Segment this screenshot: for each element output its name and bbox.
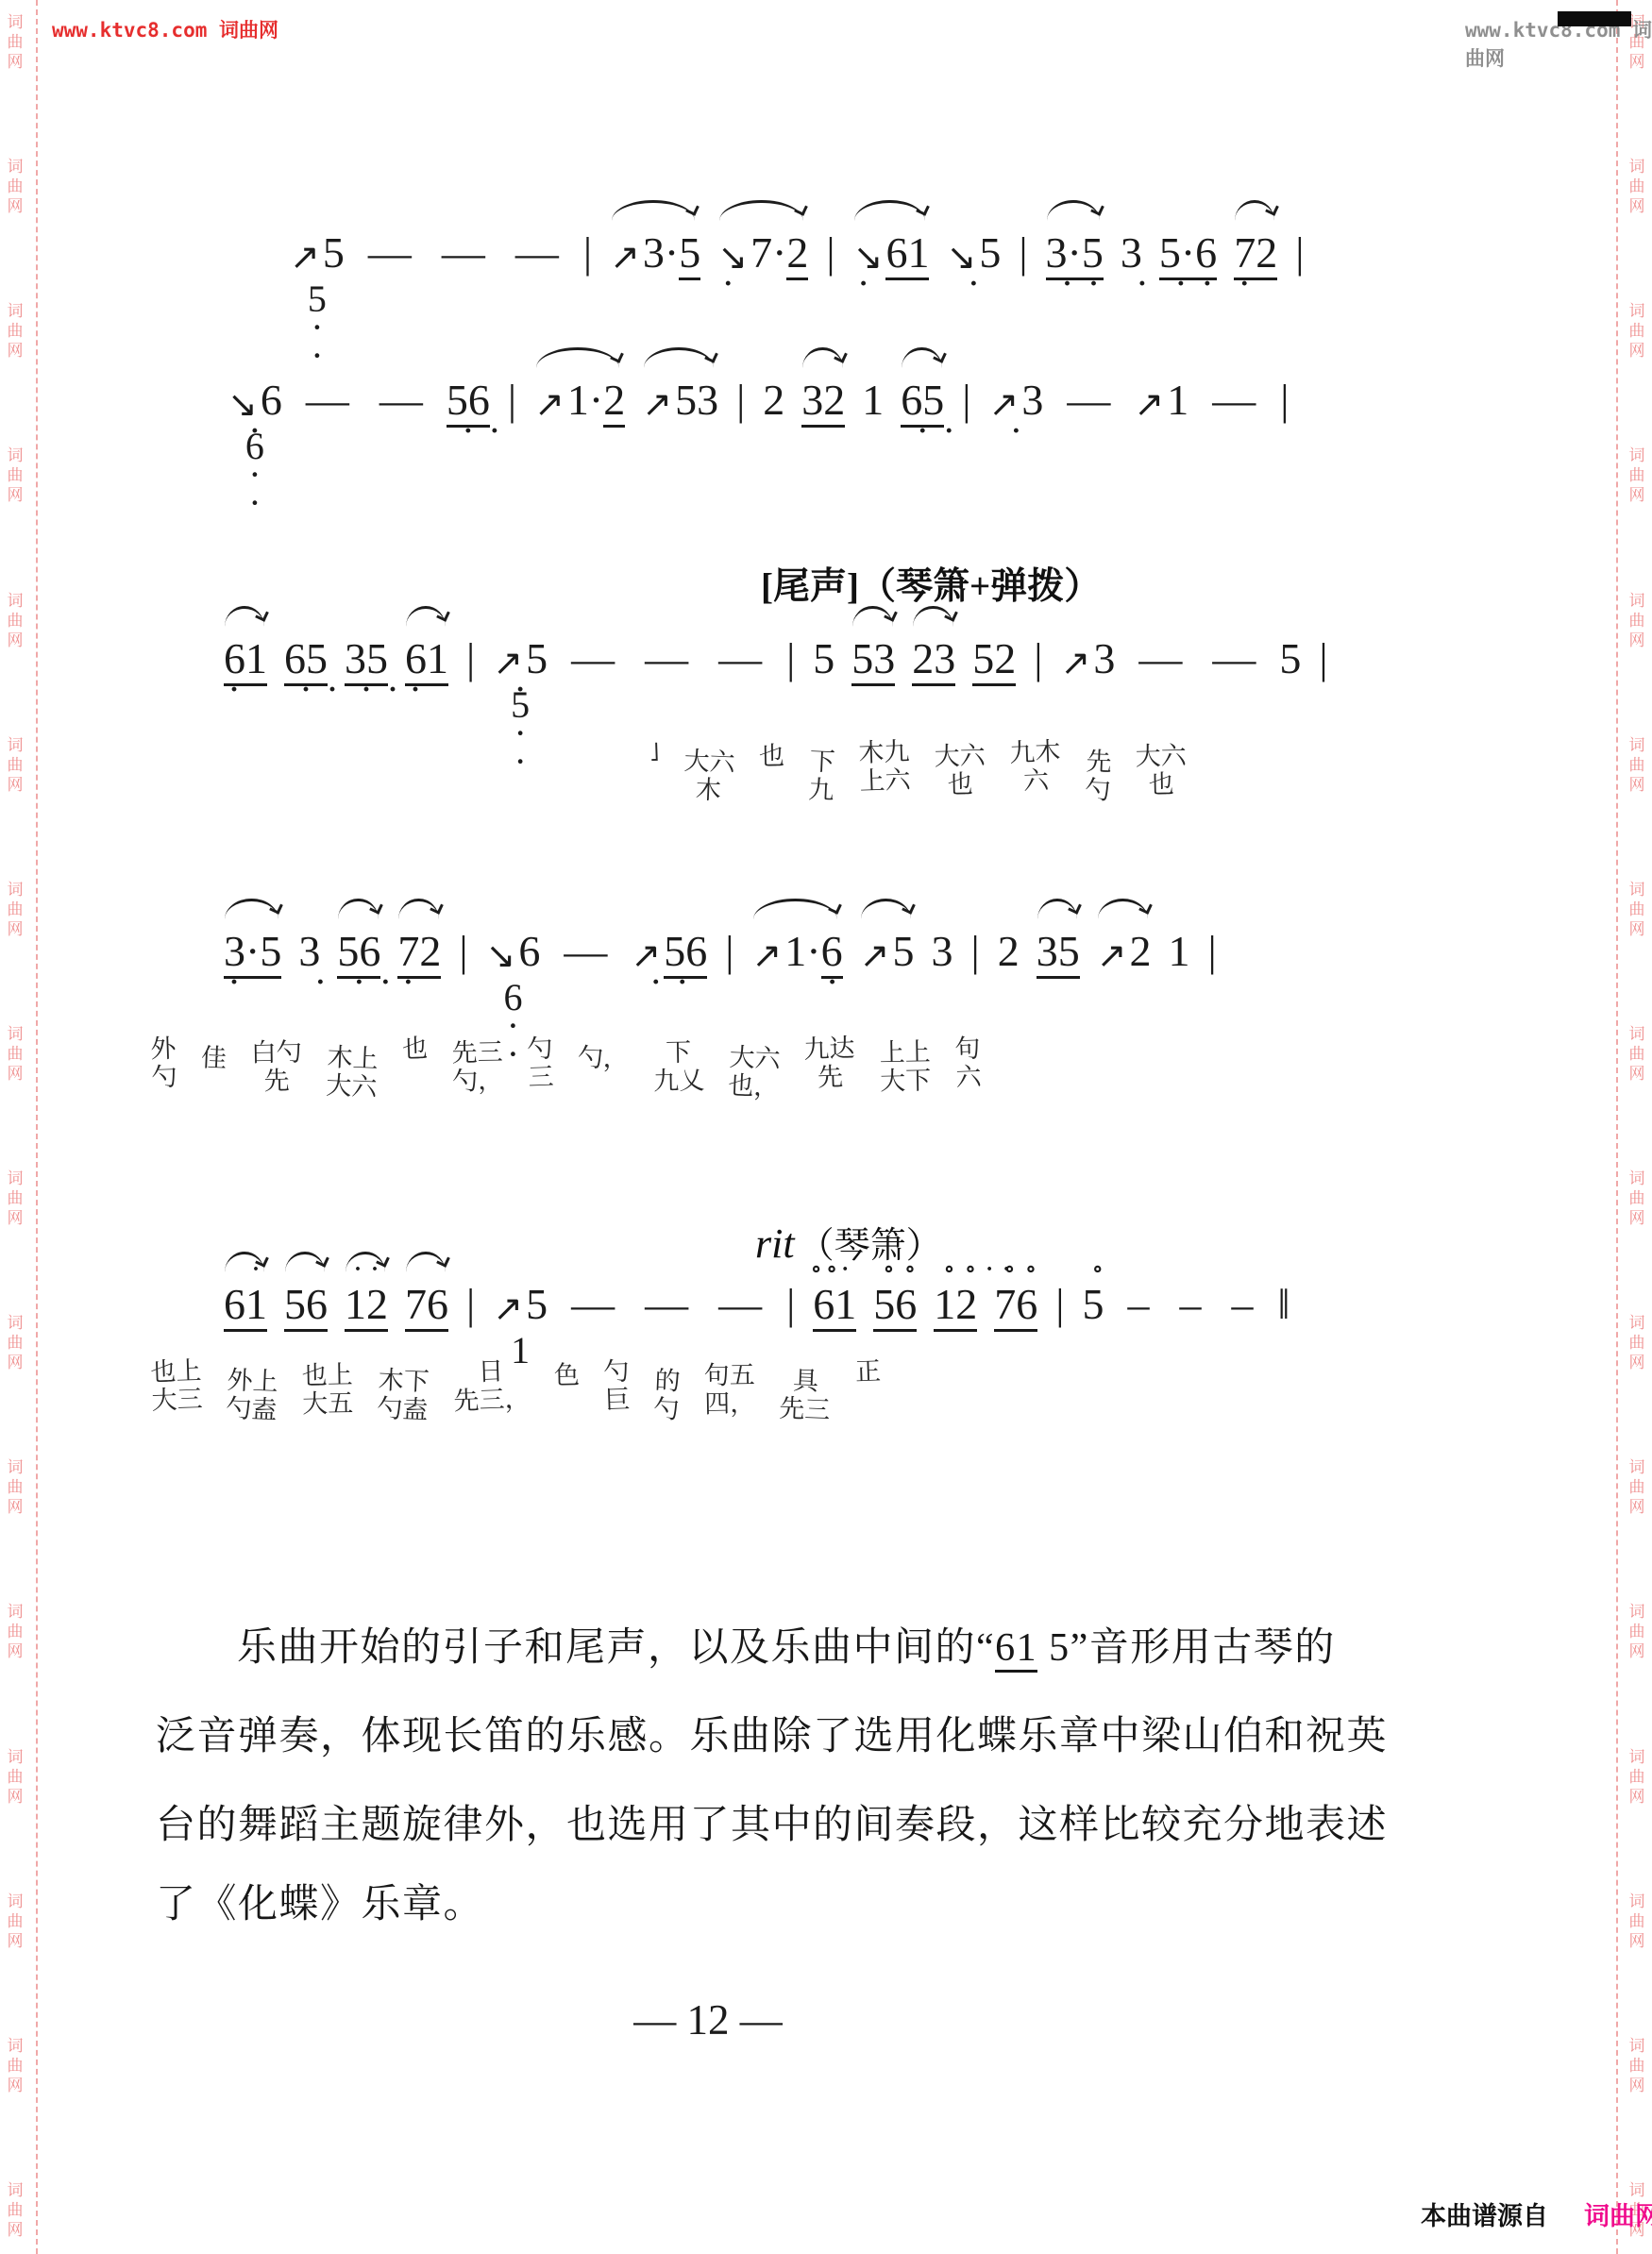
harmonic-circle-mark: ∘ (1083, 1261, 1104, 1278)
note-token: ↗1·2 (534, 376, 625, 427)
guqin-tablature-glyph: 上上 大下 (879, 1038, 931, 1096)
barline: | (1319, 634, 1327, 683)
octave-dot-below: · (298, 976, 320, 989)
duration-dash: — (645, 1280, 688, 1329)
note-token: 72· (1234, 228, 1277, 278)
glissando-up-icon: ↗ (631, 934, 661, 976)
note-token: 2 (763, 376, 784, 425)
slur-arc-icon (406, 606, 446, 627)
note-token: 1 (862, 376, 884, 425)
edge-watermark-text: 词 曲 网 (8, 592, 24, 651)
top-left-watermark: www.ktvc8.com 词曲网 (52, 15, 278, 43)
duration-dash: – (1232, 1280, 1254, 1329)
note-token: 56·· (447, 376, 490, 425)
right-dashed-border (1616, 0, 1618, 2254)
note-token: ↘7·2· (717, 228, 808, 279)
note-token: 3·5· (224, 927, 281, 976)
note-token: 2 (998, 927, 1020, 976)
edge-watermark-text: 词 曲 网 (1629, 1458, 1645, 1518)
guqin-tablature-glyph: 白勺 先 (250, 1038, 302, 1096)
slur-arc-icon (225, 1252, 264, 1272)
note-token: ↗5·5 · · (493, 634, 548, 685)
glissando-up-icon: ↗ (751, 934, 782, 976)
underlined-notes: 61 (995, 1626, 1037, 1673)
ritardando-label: rit（琴箫） (755, 1216, 942, 1268)
guqin-tablature-glyph: 正 (854, 1357, 881, 1387)
guqin-tablature-glyph: 木下 勺盍 (377, 1366, 430, 1424)
guqin-tablature-glyph: 先三 勺， (451, 1038, 503, 1096)
guqin-tablature-glyph: 木九 上六 (858, 737, 911, 796)
redaction-bar (1558, 11, 1631, 26)
string-number-below: 5 · · (511, 691, 530, 776)
barline: ‖ (1278, 1280, 1290, 1329)
slur-arc-icon (536, 347, 619, 368)
note-token: 35·· (345, 634, 388, 683)
glissando-up-icon: ↗ (642, 383, 672, 425)
guqin-tablature-row-2: 外 勺佳白勺 先木上 大六也先三 勺，勺 三勺，下 九乂大六 也，九达 先上上 … (151, 1034, 1005, 1101)
guqin-tablature-glyph: 日 先三， (452, 1356, 531, 1416)
slur-arc-icon (406, 1252, 446, 1272)
glissando-up-icon: ↗ (493, 1287, 523, 1329)
slur-arc-icon (346, 1252, 385, 1272)
slur-arc-icon (225, 899, 278, 919)
source-prefix: 本曲谱源自 (1421, 2202, 1548, 2230)
edge-watermark-text: 词 曲 网 (8, 736, 24, 796)
duration-dash: — (306, 376, 349, 425)
edge-watermark-text: 词 曲 网 (8, 1458, 24, 1518)
guqin-tablature-glyph: 大六 也 (1136, 742, 1188, 799)
guqin-tablature-glyph: 勺 巨 (603, 1357, 631, 1415)
barline: | (1280, 376, 1289, 425)
guqin-tablature-glyph: 九木 六 (1009, 737, 1062, 796)
coda-section-label: [尾声]（琴箫+弹拨） (761, 557, 1101, 610)
note-token: ↗55 · · (290, 228, 345, 279)
guqin-tablature-glyph: 大六 木 (683, 747, 736, 805)
duration-dash: — (379, 376, 423, 425)
guqin-tablature-glyph: 勺， (577, 1043, 629, 1073)
edge-watermark-text: 词 曲 网 (8, 2037, 24, 2096)
edge-watermark-text: 词 曲 网 (1629, 158, 1645, 217)
note-token: ↘5· (946, 228, 1001, 279)
guqin-tablature-glyph: 也上 大三 (150, 1356, 203, 1415)
note-token: 61· (224, 634, 267, 683)
guqin-tablature-glyph: 句五 四， (703, 1361, 755, 1419)
guqin-tablature-glyph: 具 先三 (779, 1366, 833, 1424)
paragraph-line-1: 乐曲开始的引子和尾声，以及乐曲中间的“61 5”音形用古琴的 (156, 1616, 1511, 1673)
note-token: ↗2 (1097, 927, 1152, 978)
glissando-up-icon: ↗ (989, 383, 1020, 425)
note-token: 61· (405, 634, 448, 683)
barline: | (786, 634, 795, 683)
note-token: ↗1·6· (751, 927, 842, 978)
edge-watermark-text: 词 曲 网 (1629, 446, 1645, 506)
note-token: ↗3· (989, 376, 1044, 427)
note-token: ↗56·· (631, 927, 707, 978)
rit-text: rit (755, 1220, 795, 1267)
music-line-5: 61·5612··76|↗51———|61∘∘·56∘∘12∘∘··76∘∘|5… (215, 1280, 1299, 1331)
note-token: 3 (931, 927, 952, 976)
glissando-up-icon: ↗ (493, 642, 523, 683)
guqin-tablature-glyph: 外 勺 (150, 1034, 177, 1092)
guqin-tablature-glyph: 先 勺 (1085, 747, 1113, 804)
string-number-below: 5 · · (308, 285, 327, 370)
note-token: 23 (912, 634, 955, 683)
duration-dash: — (645, 634, 688, 683)
guqin-tablature-glyph: 大六 也， (728, 1043, 782, 1102)
note-token: 3· (298, 927, 320, 976)
glissando-down-icon: ↘ (717, 236, 748, 278)
note-token: 12·· (345, 1280, 388, 1329)
page-number: — 12 — (566, 1995, 850, 2044)
note-token: 56∘∘ (873, 1280, 917, 1329)
duration-dash: — (368, 228, 412, 278)
edge-watermark-text: 词 曲 网 (1629, 1025, 1645, 1085)
slur-arc-icon (861, 899, 911, 919)
octave-dot-below: · (946, 278, 1001, 291)
note-token: 3· (1121, 228, 1142, 278)
barline: | (466, 1280, 475, 1329)
note-token: ↗1 (1134, 376, 1188, 427)
harmonic-circle-mark: ∘∘ (994, 1261, 1037, 1278)
music-line-2: ↘6·6 · ·——56··|↗1·2↗53|232165··|↗3·—↗1—| (219, 376, 1298, 427)
slur-arc-icon (338, 899, 378, 919)
slur-arc-icon (612, 200, 695, 221)
note-token: 53 (851, 634, 895, 683)
edge-watermark-text: 词 曲 网 (8, 1025, 24, 1085)
string-number-below: 6 · · (245, 432, 264, 517)
edge-watermark-text: 词 曲 网 (8, 13, 24, 73)
edge-watermark-text: 词 曲 网 (8, 446, 24, 506)
edge-watermark-text: 词 曲 网 (1629, 1892, 1645, 1952)
edge-watermark-text: 词 曲 网 (1629, 1748, 1645, 1808)
note-token: 56 (284, 1280, 328, 1329)
barline: | (962, 376, 970, 425)
edge-watermark-text: 词 曲 网 (1629, 1314, 1645, 1373)
barline: | (725, 927, 733, 976)
edge-watermark-text: 词 曲 网 (1629, 736, 1645, 796)
glissando-up-icon: ↗ (1061, 642, 1091, 683)
note-token: 52 (972, 634, 1016, 683)
duration-dash: — (515, 228, 559, 278)
music-line-4: 3·5·3·56··72·|↘66 · ·—↗56··|↗1·6·↗53|235… (215, 927, 1226, 978)
guqin-tablature-glyph: 也 (759, 742, 785, 770)
score-page: 词 曲 网词 曲 网词 曲 网词 曲 网词 曲 网词 曲 网词 曲 网词 曲 网… (0, 0, 1652, 2254)
slur-arc-icon (1098, 899, 1148, 919)
duration-dash: — (718, 1280, 762, 1329)
duration-dash: — (718, 634, 762, 683)
note-token: ↗3·5 (610, 228, 700, 279)
barline: | (466, 634, 475, 683)
edge-watermark-text: 词 曲 网 (8, 302, 24, 362)
barline: | (826, 228, 834, 278)
slur-arc-icon (802, 347, 842, 368)
note-token: 5 (813, 634, 834, 683)
edge-watermark-text: 词 曲 网 (1629, 1169, 1645, 1229)
edge-watermark-text: 词 曲 网 (8, 1748, 24, 1808)
note-token: 61· (224, 1280, 267, 1329)
music-line-1: ↗55 · ·———|↗3·5↘7·2·|↘61·↘5·|3·5··3·5·6·… (281, 228, 1313, 279)
guqin-tablature-glyph: 大六 也 (935, 742, 986, 799)
guqin-tablature-glyph: 也上 大五 (301, 1361, 353, 1419)
barline: | (459, 927, 467, 976)
barline: | (1208, 927, 1217, 976)
slur-arc-icon (854, 200, 924, 221)
guqin-tablature-glyph: 的 勺 (653, 1366, 682, 1423)
guqin-tablature-glyph: ˩ (649, 738, 659, 766)
note-token: ↘66 · · (486, 927, 541, 978)
barline: | (1019, 228, 1027, 278)
edge-watermark-text: 词 曲 网 (1629, 302, 1645, 362)
glissando-up-icon: ↗ (1097, 934, 1127, 976)
note-token: 61∘∘· (813, 1280, 856, 1329)
music-line-3: 61·65··35··61·|↗5·5 · ·———|5532352|↗3——5… (215, 634, 1338, 685)
edge-watermark-text: 词 曲 网 (8, 881, 24, 940)
left-edge-watermark-column: 词 曲 网词 曲 网词 曲 网词 曲 网词 曲 网词 曲 网词 曲 网词 曲 网… (2, 0, 28, 2254)
barline: | (1055, 1280, 1064, 1329)
glissando-down-icon: ↘ (228, 383, 258, 425)
barline: | (970, 927, 979, 976)
edge-watermark-text: 词 曲 网 (8, 1314, 24, 1373)
duration-dash: – (1180, 1280, 1202, 1329)
slur-arc-icon (1235, 200, 1274, 221)
slur-arc-icon (753, 899, 836, 919)
glissando-up-icon: ↗ (1134, 383, 1164, 425)
paragraph-line-3: 台的舞蹈主题旋律外，也选用了其中的间奏段，这样比较充分地表述 (156, 1793, 1430, 1850)
note-token: 5·6·· (1159, 228, 1217, 278)
paragraph-text: 5”音形用古琴的 (1037, 1626, 1336, 1670)
note-token: ↗5 (860, 927, 915, 978)
duration-dash: — (571, 1280, 615, 1329)
glissando-up-icon: ↗ (290, 236, 320, 278)
guqin-tablature-row-1: ˩大六 木也下 九木九 上六大六 也九木 六先 勺大六 也 (649, 738, 1211, 804)
note-token: 65·· (901, 376, 944, 425)
glissando-down-icon: ↘ (853, 236, 884, 278)
slur-arc-icon (1037, 899, 1077, 919)
note-token: 76∘∘ (994, 1280, 1037, 1329)
edge-watermark-text: 词 曲 网 (1629, 2037, 1645, 2096)
duration-dash: — (1067, 376, 1110, 425)
barline: | (1034, 634, 1042, 683)
duration-dash: – (1128, 1280, 1150, 1329)
note-token: 35 (1037, 927, 1080, 976)
note-token: 5 (1279, 634, 1301, 683)
glissando-up-icon: ↗ (860, 934, 890, 976)
note-token: 65·· (284, 634, 328, 683)
right-edge-watermark-column: 词 曲 网词 曲 网词 曲 网词 曲 网词 曲 网词 曲 网词 曲 网词 曲 网… (1624, 0, 1650, 2254)
octave-dot-below: · (1121, 278, 1142, 291)
paragraph-text: 乐曲开始的引子和尾声，以及乐曲中间的“ (237, 1626, 995, 1670)
note-token: 12∘∘·· (934, 1280, 977, 1329)
edge-watermark-text: 词 曲 网 (1629, 1603, 1645, 1662)
glissando-down-icon: ↘ (946, 236, 976, 278)
note-token: 72· (397, 927, 441, 976)
duration-dash: — (1212, 634, 1256, 683)
glissando-up-icon: ↗ (610, 236, 640, 278)
guqin-tablature-glyph: 勺 三 (527, 1034, 554, 1092)
guqin-tablature-glyph: 木上 大六 (326, 1043, 379, 1102)
paragraph-line-2: 泛音弹奏，体现长笛的乐感。乐曲除了选用化蝶乐章中梁山伯和祝英 (156, 1705, 1430, 1761)
left-dashed-border (36, 0, 38, 2254)
note-token: 76 (405, 1280, 448, 1329)
note-token: ↗51 (493, 1280, 548, 1331)
slur-arc-icon (1047, 200, 1100, 221)
note-token: 1 (1169, 927, 1190, 976)
duration-dash: — (1212, 376, 1256, 425)
note-token: 3·5·· (1046, 228, 1104, 278)
duration-dash: — (571, 634, 615, 683)
barline: | (786, 1280, 795, 1329)
duration-dash: — (442, 228, 485, 278)
guqin-tablature-glyph: 下 九 (808, 747, 836, 804)
edge-watermark-text: 词 曲 网 (1629, 592, 1645, 651)
slur-arc-icon (398, 899, 438, 919)
rit-instruments: （琴箫） (799, 1226, 942, 1266)
source-attribution: 本曲谱源自词曲网 (1421, 2195, 1652, 2232)
note-token: ↘6·6 · · (228, 376, 282, 427)
note-token: 56·· (337, 927, 380, 976)
paragraph-line-4: 了《化蝶》乐章。 (156, 1873, 1430, 1929)
slur-arc-icon (225, 606, 264, 627)
guqin-tablature-glyph: 下 九乂 (652, 1038, 704, 1096)
edge-watermark-text: 词 曲 网 (8, 1169, 24, 1229)
glissando-down-icon: ↘ (486, 934, 516, 976)
note-token: 5∘ (1083, 1280, 1104, 1329)
guqin-tablature-glyph: 佳 (200, 1043, 227, 1072)
guqin-tablature-glyph: 外上 勺盍 (226, 1366, 279, 1424)
edge-watermark-text: 词 曲 网 (8, 158, 24, 217)
barline: | (583, 228, 592, 278)
guqin-tablature-row-3: 也上 大三外上 勺盍也上 大五木下 勺盍日 先三，色勺 巨的 勺句五 四，具 先… (151, 1357, 905, 1423)
barline: | (736, 376, 745, 425)
note-token: 32 (801, 376, 845, 425)
barline: | (508, 376, 516, 425)
edge-watermark-text: 词 曲 网 (8, 1603, 24, 1662)
slur-arc-icon (719, 200, 802, 221)
barline: | (1295, 228, 1304, 278)
note-token: ↗53 (642, 376, 718, 427)
octave-dot-below: · (989, 425, 1044, 438)
slur-arc-icon (902, 347, 941, 368)
edge-watermark-text: 词 曲 网 (1629, 881, 1645, 940)
edge-watermark-text: 词 曲 网 (8, 1892, 24, 1952)
glissando-up-icon: ↗ (534, 383, 565, 425)
guqin-tablature-glyph: 九达 先 (803, 1034, 856, 1092)
edge-watermark-text: 词 曲 网 (8, 2181, 24, 2241)
note-token: ↗3 (1061, 634, 1116, 685)
note-token: ↘61· (853, 228, 930, 279)
guqin-tablature-glyph: 也 (401, 1034, 428, 1064)
slur-arc-icon (285, 1252, 325, 1272)
duration-dash: — (564, 927, 607, 976)
guqin-tablature-glyph: 色 (554, 1361, 581, 1389)
slur-arc-icon (644, 347, 714, 368)
site-name: 词曲网 (1584, 2202, 1652, 2230)
duration-dash: — (1138, 634, 1182, 683)
guqin-tablature-glyph: 句 六 (954, 1034, 982, 1092)
